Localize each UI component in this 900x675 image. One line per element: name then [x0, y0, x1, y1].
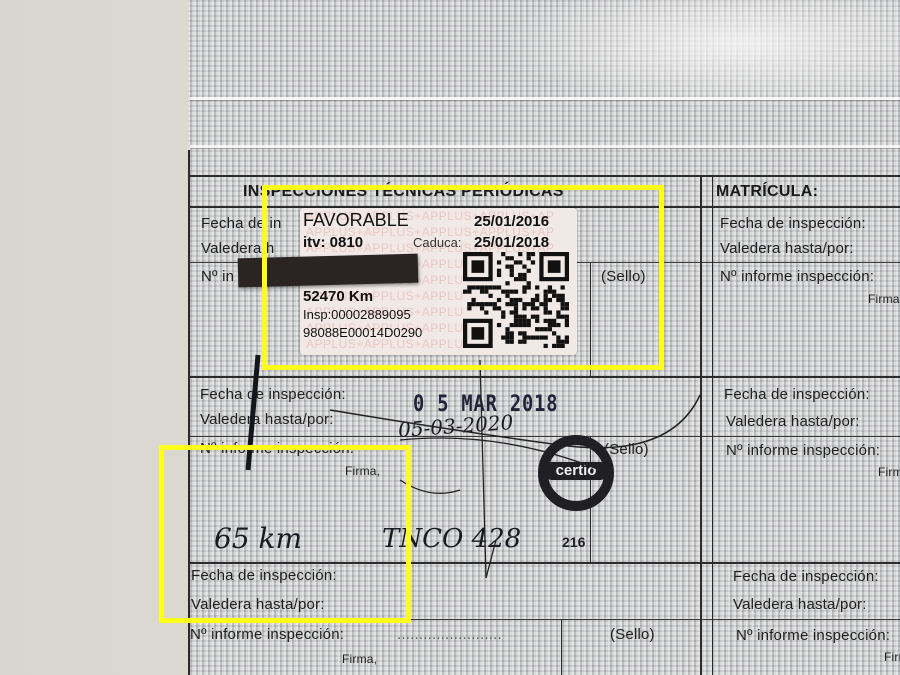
- highlight-box-sticker: [262, 185, 664, 370]
- highlight-box-mileage: [159, 445, 411, 623]
